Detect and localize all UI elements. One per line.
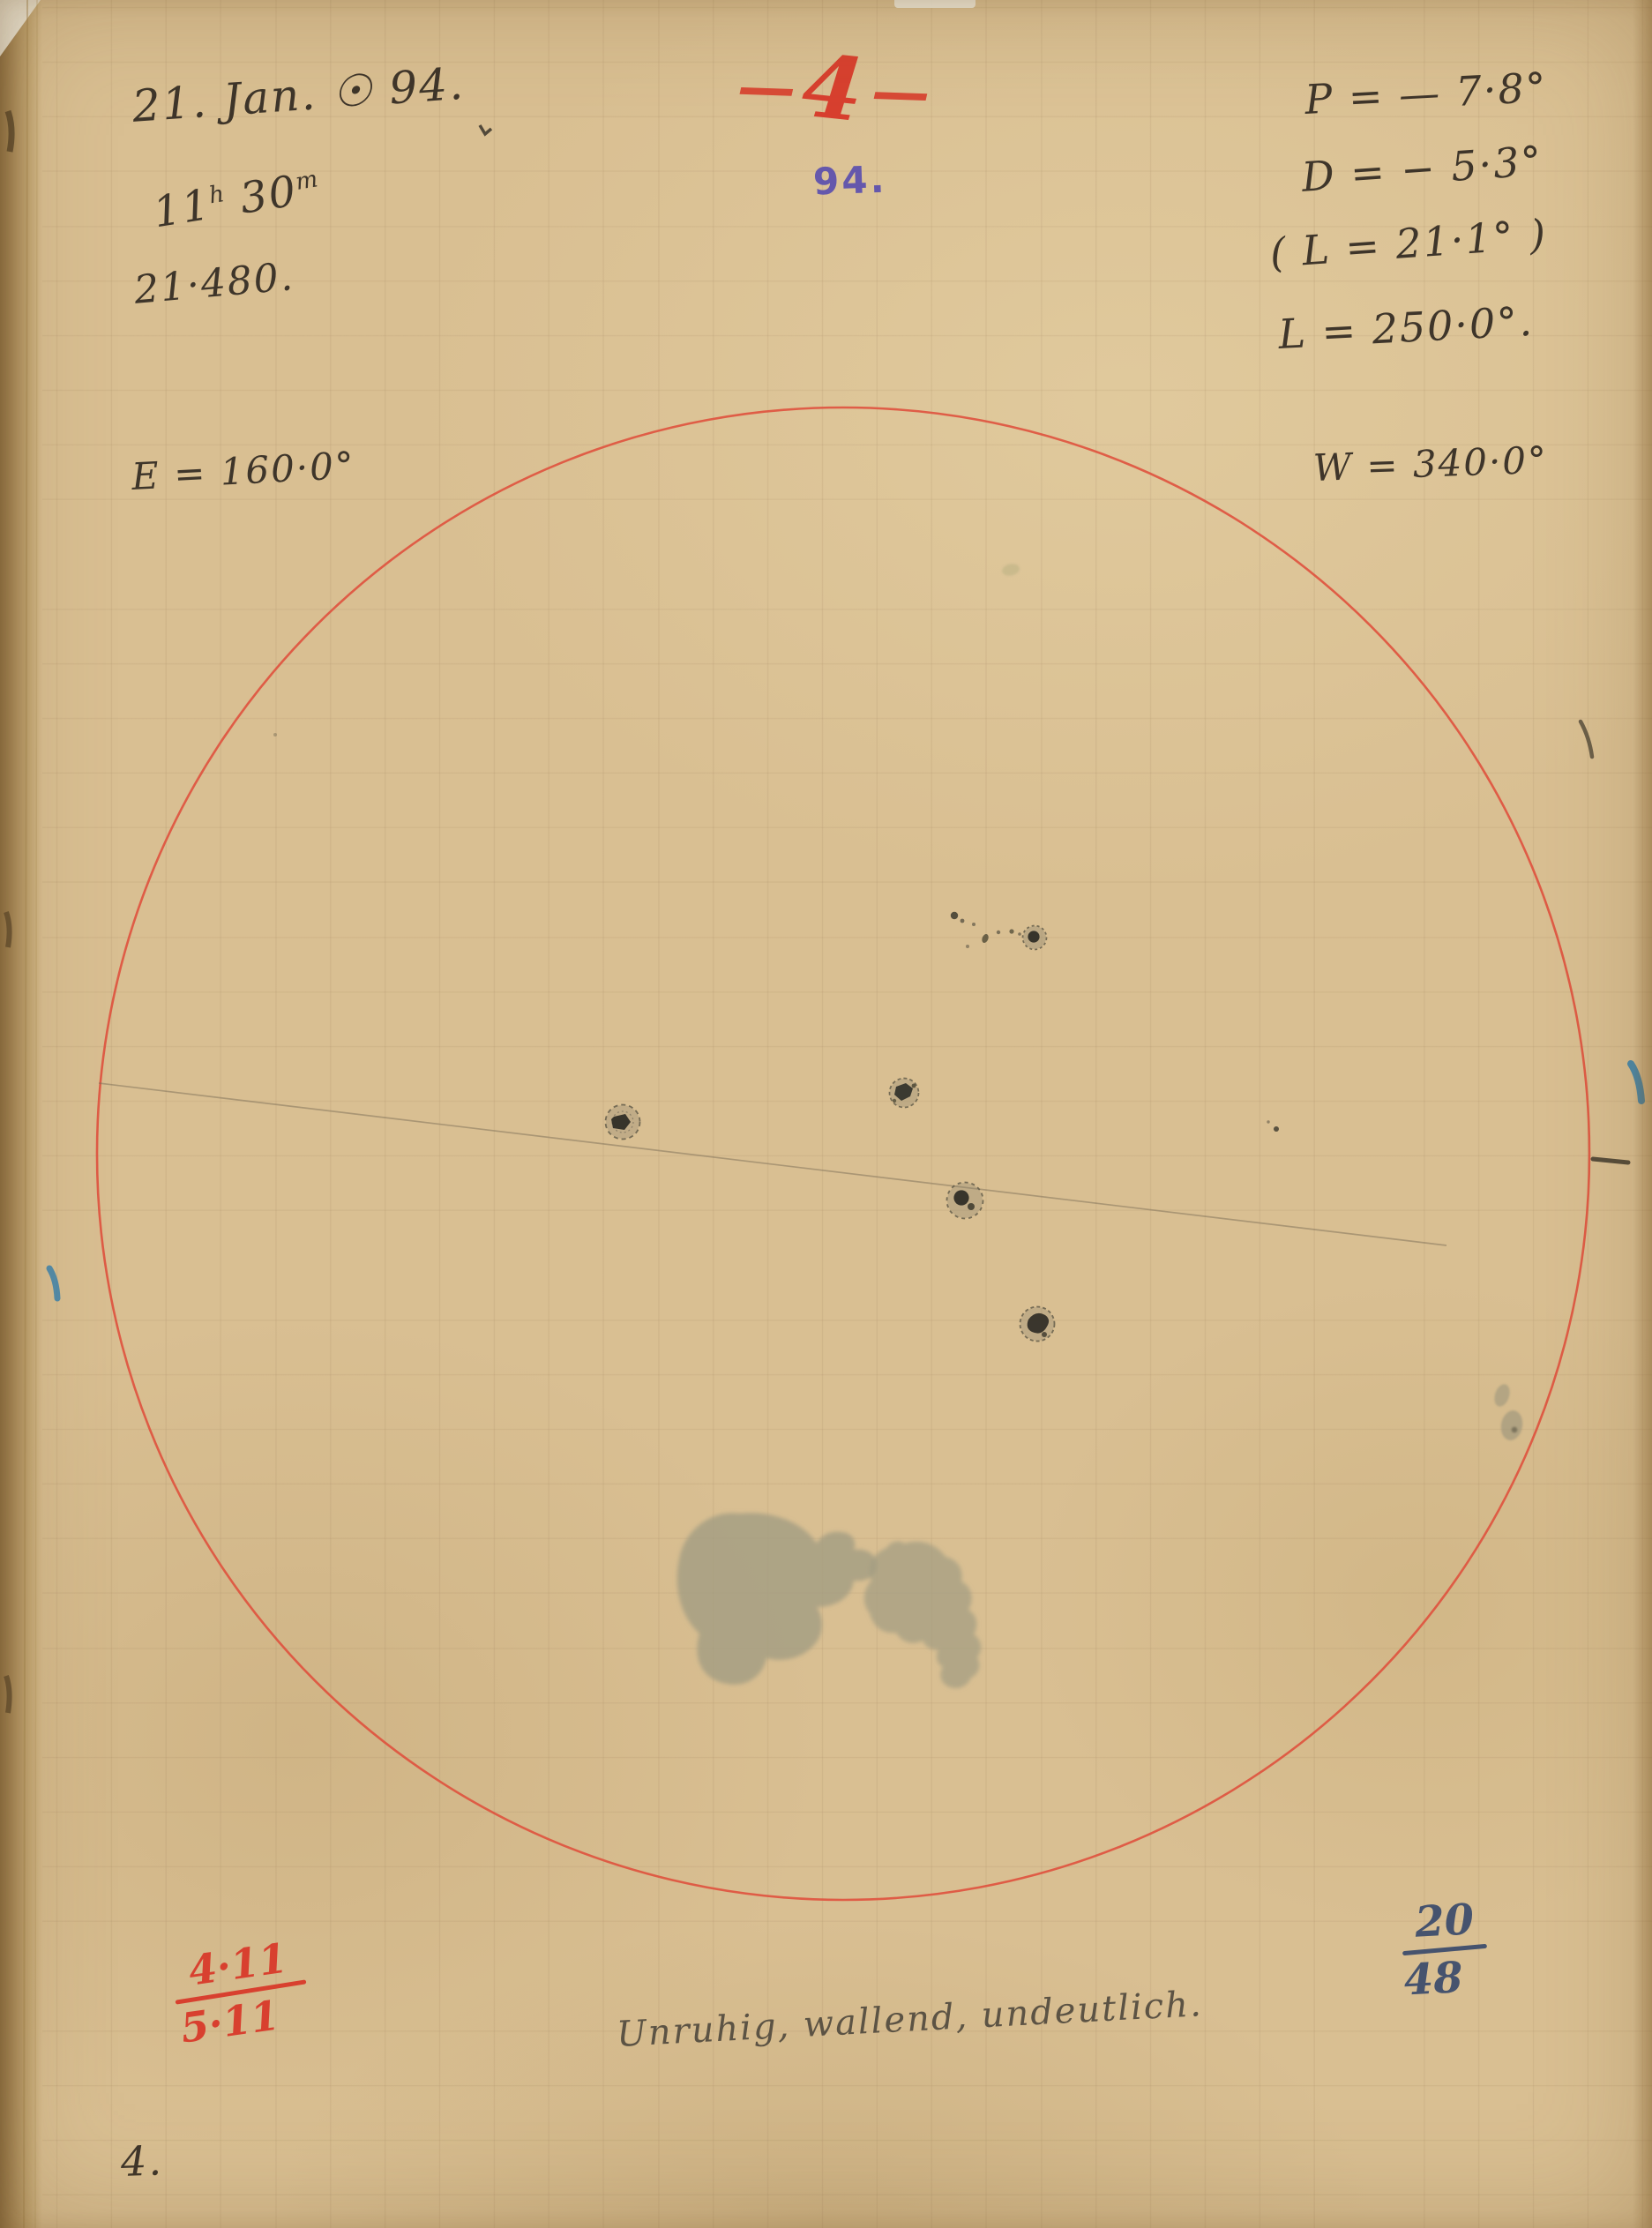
red-number-value: 4 (798, 43, 867, 136)
transit-pencil-line (99, 1083, 1446, 1245)
sunspot-group-speckles (951, 912, 1047, 950)
grey-stain-blobs (677, 1513, 982, 1688)
sunspot-e (1020, 1307, 1055, 1342)
solar-disk-outline (97, 407, 1589, 1900)
blue-fraction-denominator: 48 (1402, 1953, 1464, 2005)
time-minutes-unit: m (294, 165, 320, 196)
right-edge-smudges (1001, 563, 1525, 1442)
blue-fraction-numerator: 20 (1414, 1895, 1476, 1947)
binding-stitches (6, 0, 37, 2228)
stamped-year-number: 94. (812, 158, 887, 204)
red-count-fraction: 4·11 5·11 (168, 1932, 314, 2052)
red-dash-left: — (736, 56, 795, 116)
corner-page-number: 4. (120, 2136, 164, 2186)
blue-count-fraction: 20 48 (1400, 1895, 1490, 2006)
stray-marks (480, 125, 1628, 1163)
time-minutes: 30 (236, 166, 301, 223)
sunspot-d (947, 1183, 983, 1219)
time-hours: 11 (150, 180, 214, 237)
right-edge-shade (1633, 0, 1652, 2228)
time-hours-unit: h (207, 180, 227, 209)
blue-crayon-marks (49, 1064, 1641, 1298)
red-dash-right: — (871, 62, 929, 122)
red-page-number: — 4 — (736, 42, 929, 135)
sunspot-c (606, 1105, 640, 1140)
west-limb-value: W = 340·0° (1312, 438, 1549, 490)
notebook-page: 21. Jan. ☉ 94. 11h 30m 21·480. — 4 — 94.… (0, 0, 1652, 2228)
sunspot-b (890, 1079, 919, 1108)
tiny-specks (273, 733, 1279, 1132)
